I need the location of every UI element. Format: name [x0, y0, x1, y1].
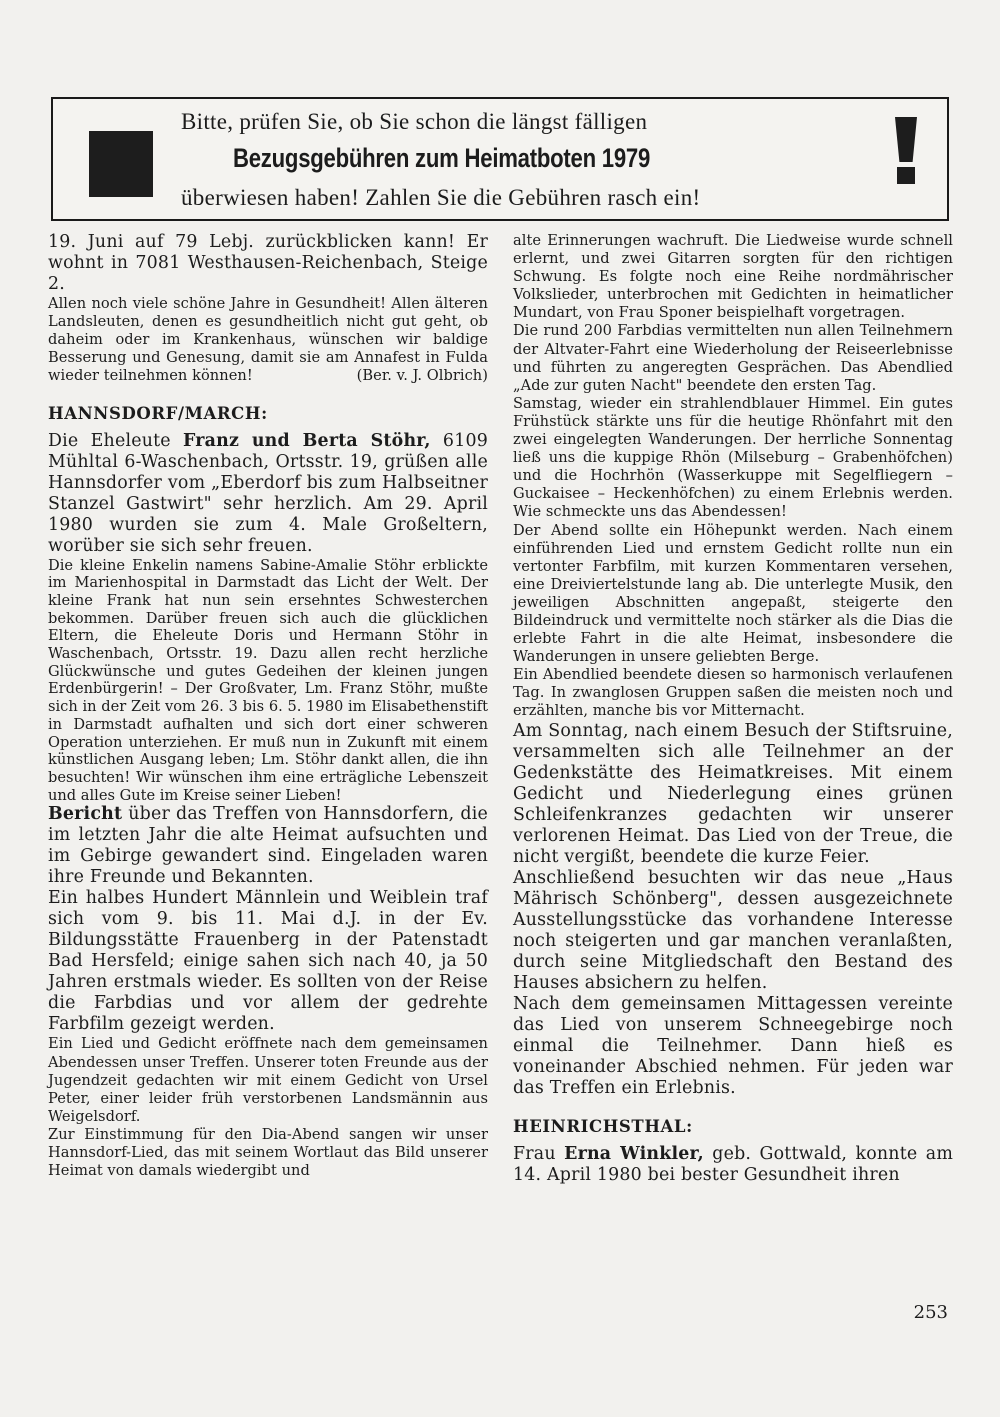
reminder-headline: Bezugsgebühren zum Heimatboten 1979: [233, 143, 650, 174]
exclamation-bar: [895, 117, 917, 162]
right-column: alte Erinnerungen wachruft. Die Liedweis…: [513, 232, 953, 1186]
reminder-line-1: Bitte, prüfen Sie, ob Sie schon die läng…: [181, 109, 647, 135]
paragraph-slides: Die rund 200 Farbdias vermittelten nun a…: [513, 322, 953, 394]
text: Die Eheleute: [48, 431, 183, 451]
paragraph-saturday: Samstag, wieder ein strahlendblauer Himm…: [513, 395, 953, 522]
paragraph-dia-abend: Zur Einstimmung für den Dia-Abend sangen…: [48, 1126, 488, 1180]
paragraph-evening-film: Der Abend sollte ein Höhepunkt werden. N…: [513, 522, 953, 667]
bold-name: Franz und Berta Stöhr,: [183, 431, 431, 451]
black-square-icon: [89, 131, 153, 197]
bold-lead: Bericht: [48, 804, 122, 824]
paragraph-wishes: Allen noch viele schöne Jahre in Gesundh…: [48, 295, 488, 386]
bold-name: Erna Winkler,: [564, 1144, 704, 1164]
section-heading-heinrichsthal: HEINRICHSTHAL:: [513, 1117, 953, 1136]
left-column: 19. Juni auf 79 Lebj. zurückblicken kann…: [48, 232, 488, 1180]
paragraph-bericht: Bericht über das Treffen von Hannsdorfer…: [48, 804, 488, 888]
paragraph-farewell: Nach dem gemeinsamen Mittagessen vereint…: [513, 994, 953, 1099]
page-number: 253: [914, 1302, 948, 1323]
paragraph-winkler: Frau Erna Winkler, geb. Gottwald, konnte…: [513, 1144, 953, 1186]
exclamation-dot: [897, 167, 915, 184]
section-heading-hannsdorf: HANNSDORF/MARCH:: [48, 404, 488, 423]
payment-reminder-box: Bitte, prüfen Sie, ob Sie schon die läng…: [51, 97, 949, 221]
paragraph-birthday-continued: 19. Juni auf 79 Lebj. zurückblicken kann…: [48, 232, 488, 295]
paragraph-stoehr-greeting: Die Eheleute Franz und Berta Stöhr, 6109…: [48, 431, 488, 557]
paragraph-sunday: Am Sonntag, nach einem Besuch der Stifts…: [513, 721, 953, 868]
paragraph-haus-schoenberg: Anschließend besuchten wir das neue „Hau…: [513, 868, 953, 994]
paragraph-abendlied: Ein Abendlied beendete diesen so harmoni…: [513, 666, 953, 720]
paragraph-song-poem: Ein Lied und Gedicht eröffnete nach dem …: [48, 1035, 488, 1125]
paragraph-meeting: Ein halbes Hundert Männlein und Weiblein…: [48, 888, 488, 1035]
reminder-line-3: überwiesen haben! Zahlen Sie die Gebühre…: [181, 185, 700, 211]
paragraph-memories: alte Erinnerungen wachruft. Die Liedweis…: [513, 232, 953, 322]
paragraph-grandchild: Die kleine Enkelin namens Sabine-Amalie …: [48, 557, 488, 805]
exclamation-icon: [895, 117, 917, 185]
text: Frau: [513, 1144, 564, 1164]
